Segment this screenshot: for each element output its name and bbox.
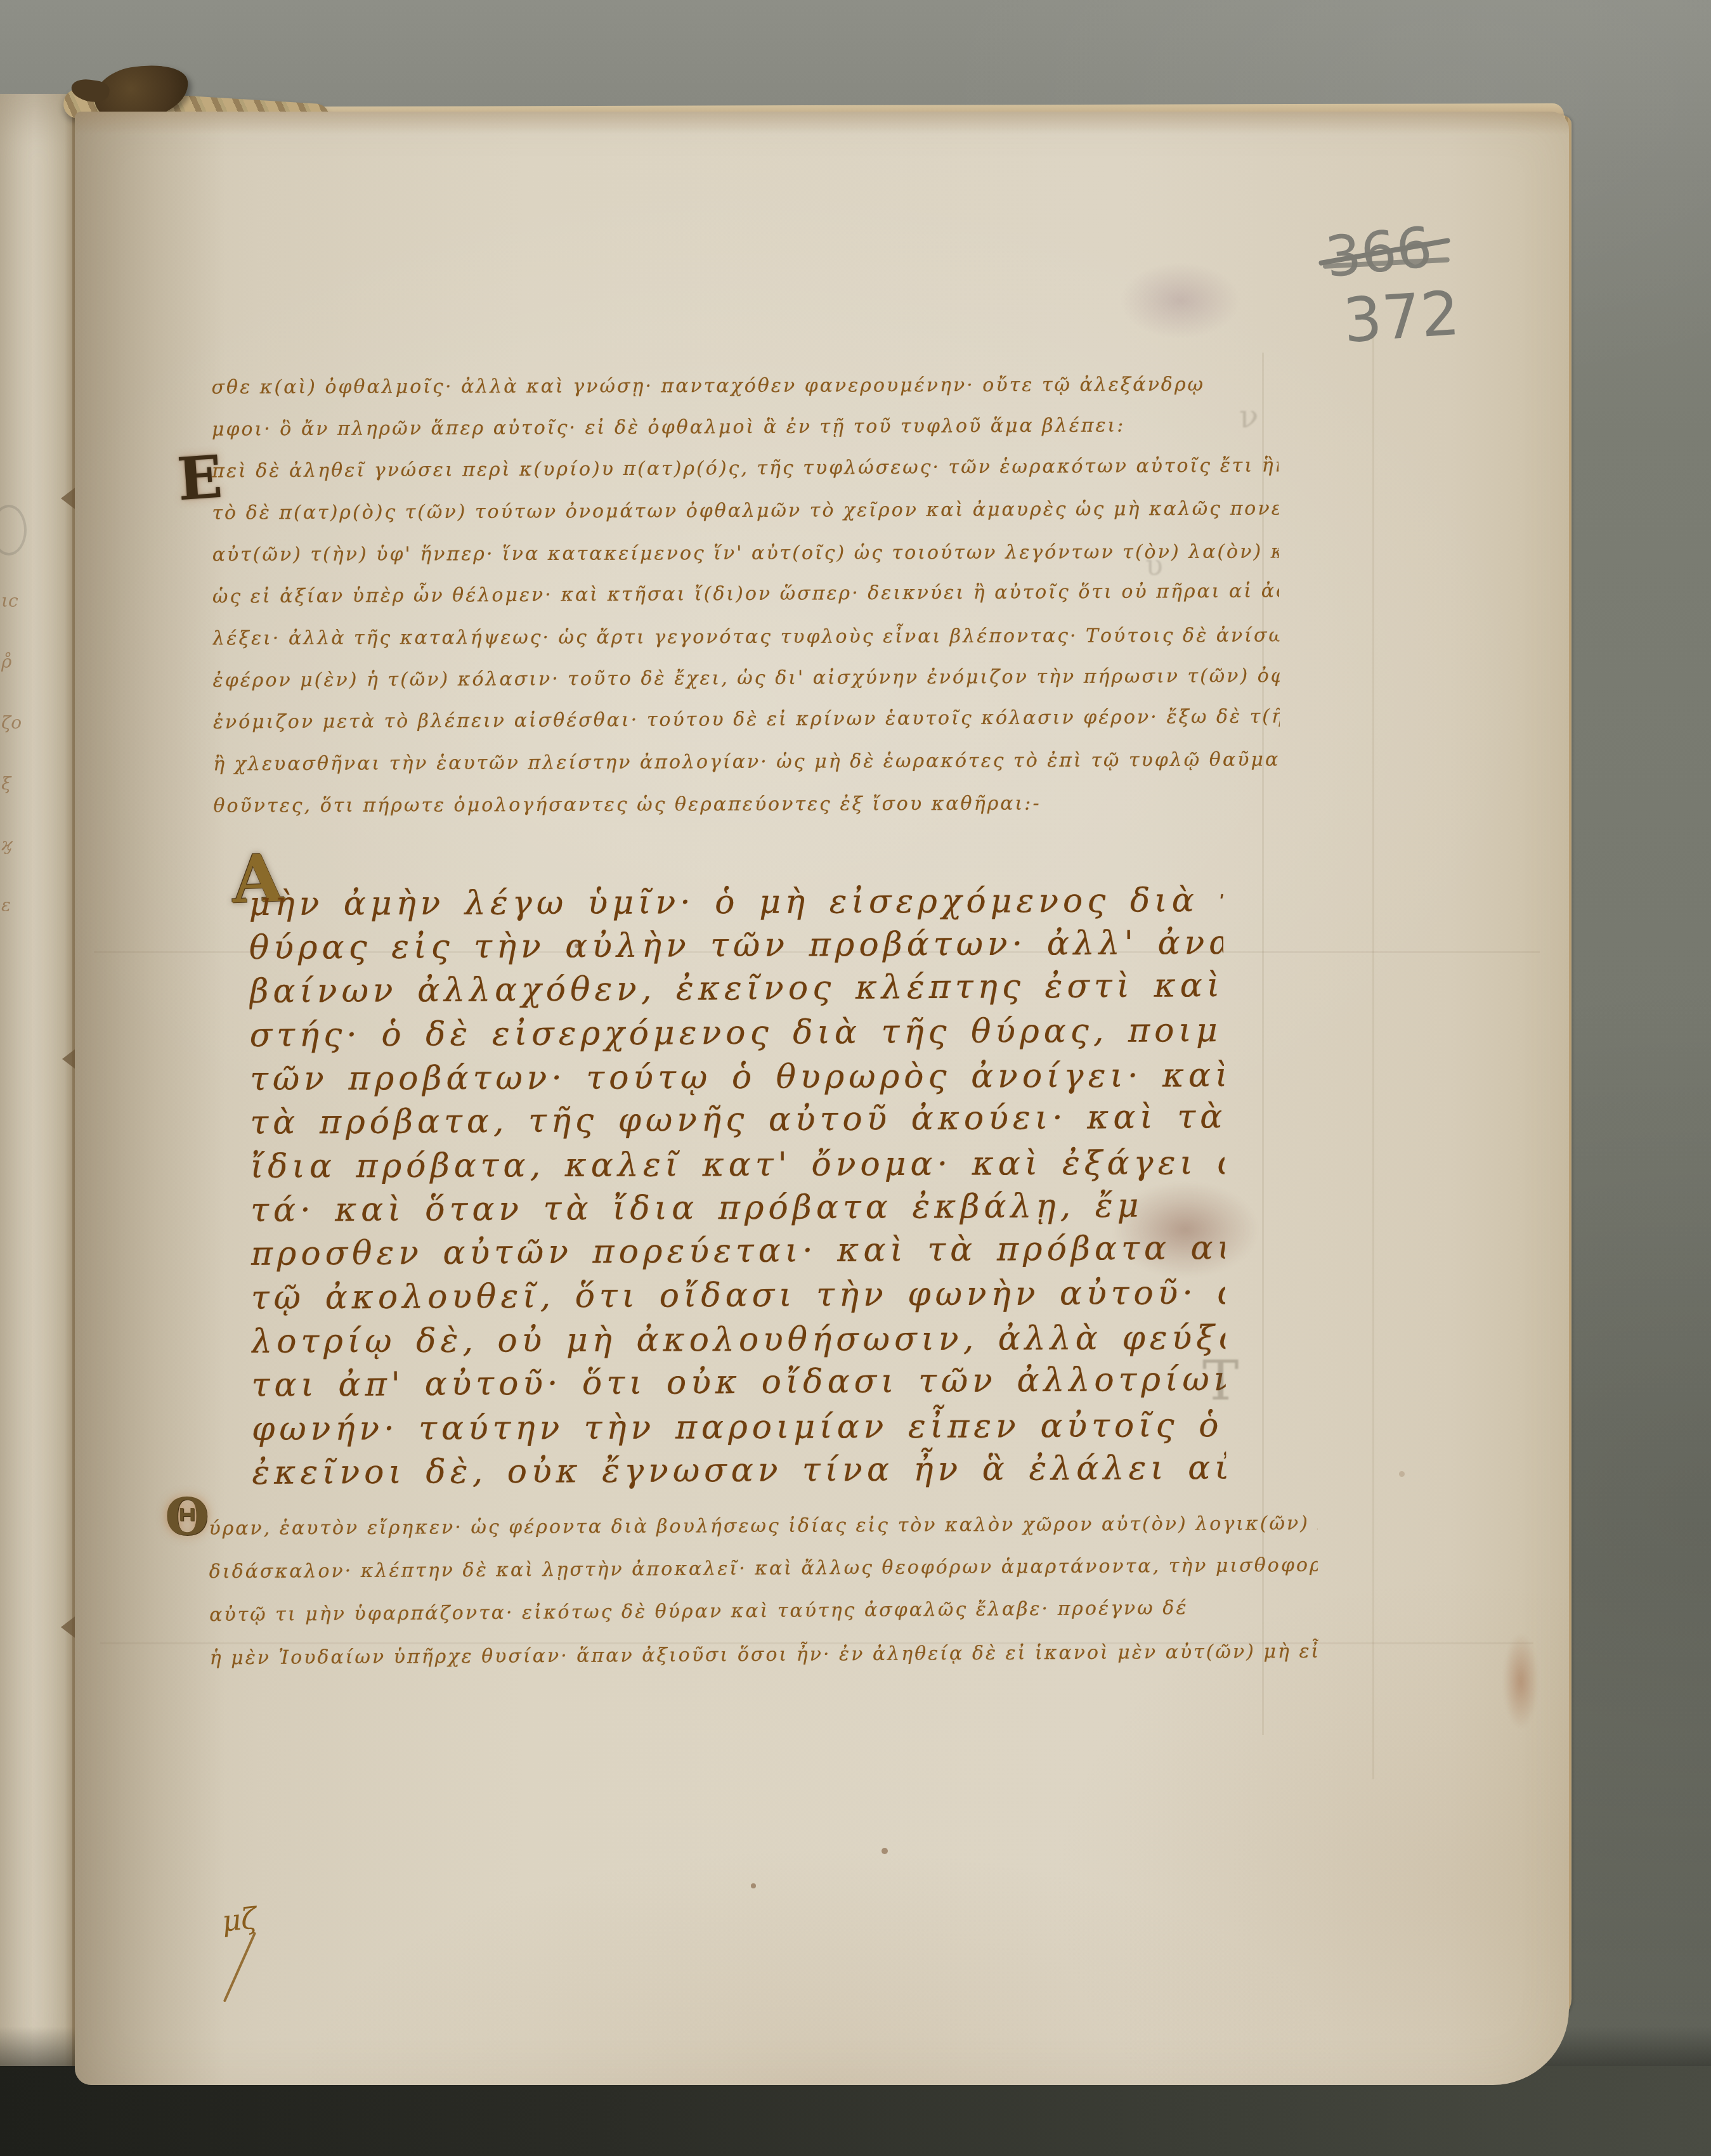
- foxing-spot: [882, 1848, 888, 1854]
- text-line: τῶν προβάτων· τούτῳ ὁ θυρωρὸς ἀνοίγει· κ…: [250, 1054, 1224, 1101]
- text-line: προσθεν αὐτῶν πορεύεται· καὶ τὰ πρόβατα …: [250, 1226, 1225, 1276]
- text-line: ξ: [1, 753, 24, 814]
- text-line: μὴν ἀμὴν λέγω ὑμῖν· ὁ μὴ εἰσερχόμενος δι…: [249, 879, 1223, 926]
- pencil-mark: [0, 505, 27, 555]
- gutter-marginalia: ιϲρ̊ζοξϗε: [1, 571, 24, 936]
- text-line: ν: [1239, 398, 1258, 435]
- edge-browning: [75, 112, 1569, 134]
- stain: [1120, 263, 1240, 339]
- text-line: ἢ χλευασθῆναι τὴν ἑαυτῶν πλείστην ἀπολογ…: [213, 739, 1280, 785]
- text-line: ζο: [1, 692, 24, 753]
- text-line: ὡς εἰ ἀξίαν ὑπὲρ ὧν θέλομεν· καὶ κτῆσαι …: [212, 570, 1279, 618]
- text-line: θοῦντες, ὅτι πήρωτε ὁμολογήσαντες ὡς θερ…: [213, 783, 1280, 828]
- text-line: διδάσκαλον· κλέπτην δὲ καὶ λῃστὴν ἀποκαλ…: [209, 1544, 1318, 1594]
- text-line: πεὶ δὲ ἀληθεῖ γνώσει περὶ κ(υρίο)υ π(ατ)…: [212, 445, 1278, 492]
- text-line: φωνήν· ταύτην τὴν παροιμίαν εἶπεν αὐτοῖς…: [252, 1404, 1226, 1451]
- text-line: ἴδια πρόβατα, καλεῖ κατ' ὄνομα· καὶ ἐξάγ…: [250, 1141, 1225, 1189]
- text-line: ϗ: [1, 814, 24, 875]
- text-line: μφοι· ὃ ἄν πληρῶν ἅπερ αὐτοῖς· εἰ δὲ ὀφθ…: [212, 404, 1278, 450]
- folio-number: 372: [1341, 278, 1462, 357]
- text-line: στής· ὁ δὲ εἰσερχόμενος διὰ τῆς θύρας, π…: [250, 1009, 1224, 1058]
- foxing-spot: [751, 1883, 756, 1888]
- text-line: αὐτῷ τι μὴν ὑφαρπάζοντα· εἰκότως δὲ θύρα…: [209, 1586, 1318, 1637]
- text-line: λέξει· ἀλλὰ τῆς καταλήψεως· ὡς ἄρτι γεγο…: [212, 615, 1279, 660]
- commentary-block-bottom: ύραν, ἑαυτὸν εἴρηκεν· ὡς φέροντα διὰ βου…: [209, 1501, 1318, 1685]
- text-line: ρ̊: [1, 632, 24, 692]
- binding-edge: [0, 94, 76, 2110]
- illuminated-initial-theta: Θ: [165, 1491, 209, 1542]
- text-line: τὰ πρόβατα, τῆς φωνῆς αὐτοῦ ἀκούει· καὶ …: [250, 1095, 1224, 1145]
- quire-signature: μζ: [220, 1900, 258, 1938]
- text-line: αὐτ(ῶν) τ(ὴν) ὑφ' ἥνπερ· ἵνα κατακείμενο…: [212, 531, 1279, 576]
- text-line: ε: [1, 875, 24, 936]
- text-line: λοτρίῳ δὲ, οὐ μὴ ἀκολουθήσωσιν, ἀλλὰ φεύ…: [251, 1316, 1225, 1364]
- gospel-lemma-block: μὴν ἀμὴν λέγω ὑμῖν· ὁ μὴ εἰσερχόμενος δι…: [249, 878, 1226, 1499]
- text-line: θύρας εἰς τὴν αὐλὴν τῶν προβάτων· ἀλλ' ἀ…: [249, 921, 1223, 970]
- text-line: βαίνων ἀλλαχόθεν, ἐκεῖνος κλέπτης ἐστὶ κ…: [249, 964, 1223, 1014]
- text-line: τὸ δὲ π(ατ)ρ(ὸ)ς τ(ῶν) τούτων ὀνομάτων ὀ…: [212, 488, 1278, 534]
- manuscript-page: 366 372 Ε Α Θ σθε κ(αὶ) ὀφθαλμοῖς· ἀλλὰ …: [75, 112, 1569, 2085]
- text-line: σθε κ(αὶ) ὀφθαλμοῖς· ἀλλὰ καὶ γνώσῃ· παν…: [211, 364, 1278, 409]
- commentary-block-top: σθε κ(αὶ) ὀφθαλμοῖς· ἀλλὰ καὶ γνώσῃ· παν…: [211, 362, 1280, 829]
- text-line: ιϲ: [1, 571, 24, 632]
- text-line: ται ἀπ' αὐτοῦ· ὅτι οὐκ οἴδασι τῶν ἀλλοτρ…: [251, 1358, 1225, 1408]
- text-line: ἡ μὲν Ἰουδαίων ὑπῆρχε θυσίαν· ἅπαν ἀξιοῦ…: [209, 1630, 1318, 1680]
- text-line: τά· καὶ ὅταν τὰ ἴδια πρόβατα ἐκβάλῃ, ἔμ: [250, 1184, 1225, 1233]
- text-line: υ: [1145, 548, 1163, 582]
- text-line: T: [1202, 1349, 1239, 1413]
- foxing-spot: [1399, 1471, 1405, 1477]
- stain: [1503, 1633, 1539, 1729]
- text-line: ἐφέρον μ(ὲν) ἡ τ(ῶν) κόλασιν· τοῦτο δὲ ἔ…: [212, 655, 1279, 701]
- text-line: ἐκεῖνοι δὲ, οὐκ ἔγνωσαν τίνα ἦν ἃ ἐλάλει…: [252, 1446, 1226, 1495]
- folio-number-struck: 366: [1322, 214, 1435, 290]
- text-line: τῷ ἀκολουθεῖ, ὅτι οἴδασι τὴν φωνὴν αὐτοῦ…: [251, 1271, 1225, 1320]
- ruling-line: [1372, 321, 1374, 1779]
- text-line: ύραν, ἑαυτὸν εἴρηκεν· ὡς φέροντα διὰ βου…: [209, 1502, 1317, 1550]
- manuscript-photograph: ιϲρ̊ζοξϗε 366 372 Ε Α Θ: [0, 0, 1711, 2156]
- text-line: ἐνόμιζον μετὰ τὸ βλέπειν αἰσθέσθαι· τούτ…: [213, 696, 1280, 743]
